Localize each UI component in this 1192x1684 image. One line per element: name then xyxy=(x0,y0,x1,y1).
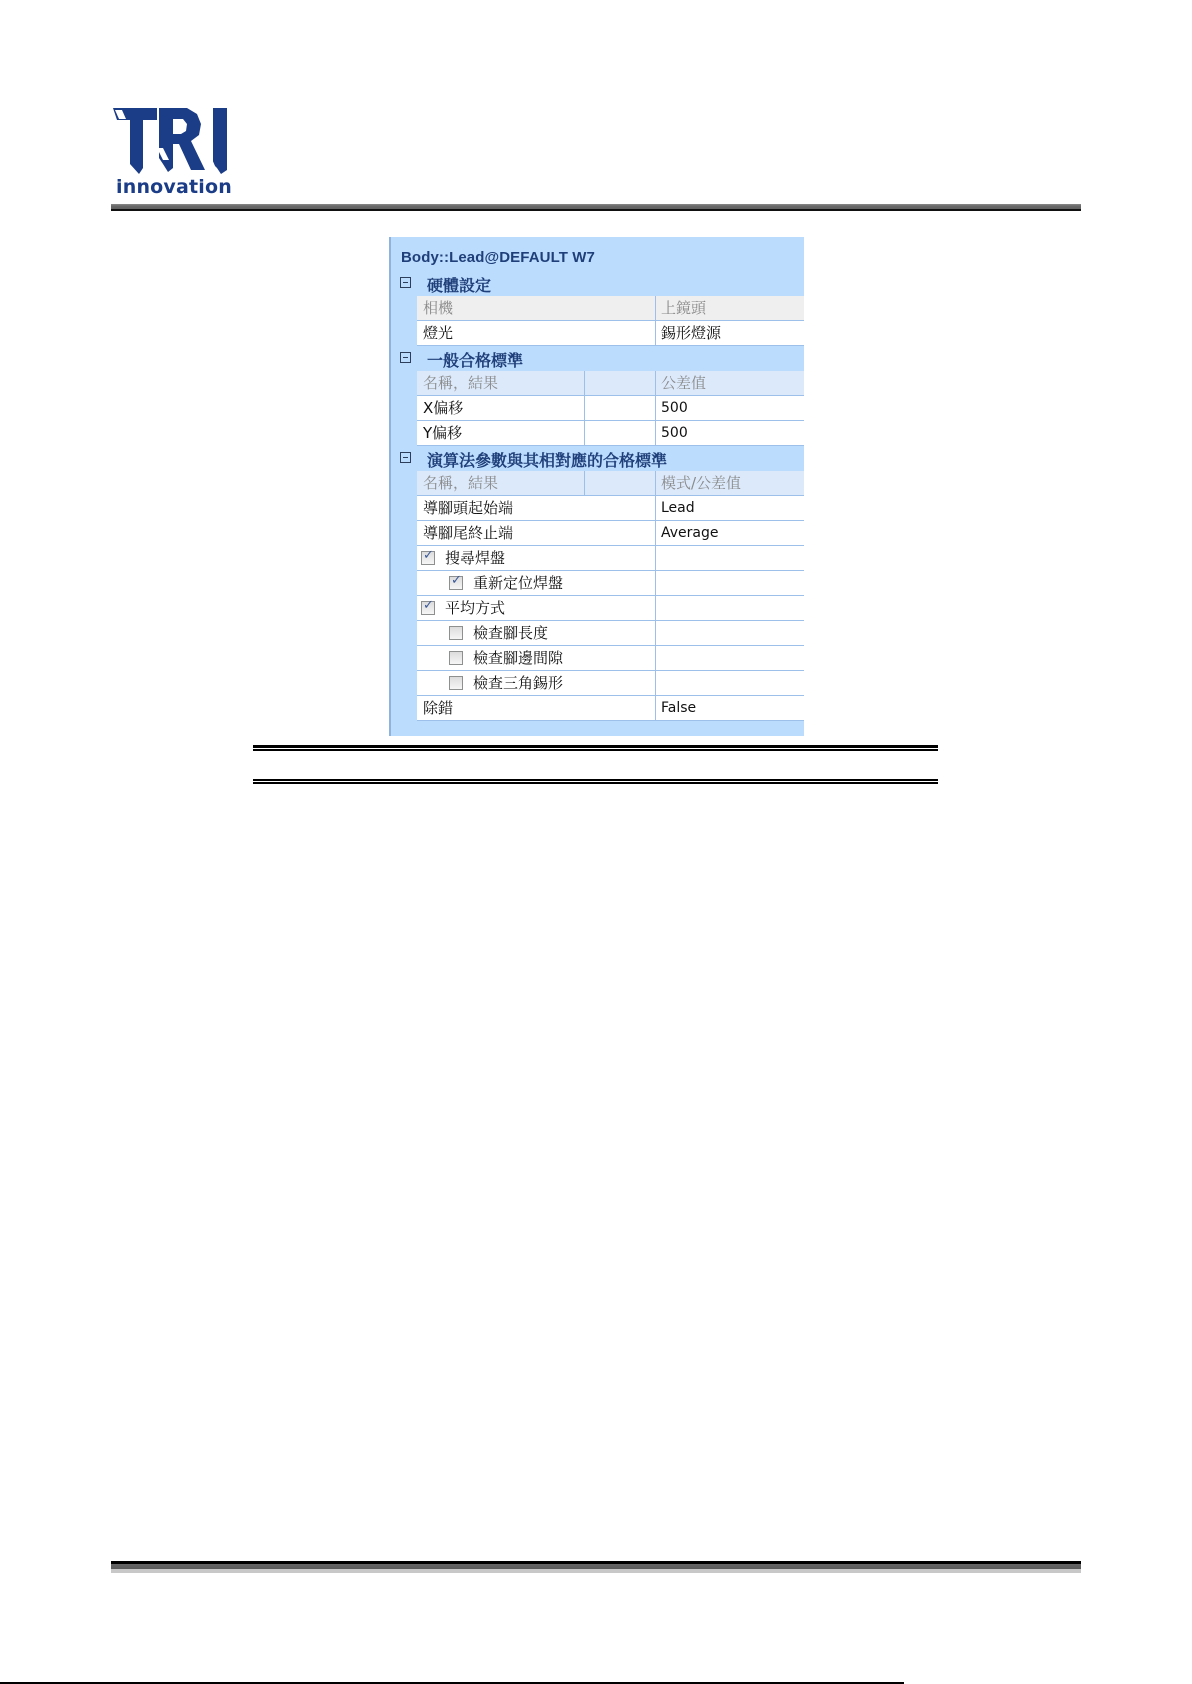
section-algorithm-parameters[interactable]: 演算法參數與其相對應的合格標準 xyxy=(391,446,804,470)
collapse-icon[interactable] xyxy=(400,352,411,363)
logo-tagline: innovation xyxy=(113,176,235,198)
column-divider xyxy=(584,371,585,395)
header-name: 名稱，結果 xyxy=(417,371,498,395)
panel-title: Body::Lead@DEFAULT W7 xyxy=(401,249,595,266)
table-header-row: 名稱，結果 公差值 xyxy=(417,371,804,396)
table-row[interactable]: 重新定位焊盤 xyxy=(417,571,804,596)
header-value: 公差值 xyxy=(655,371,706,395)
checkbox-unchecked-icon[interactable] xyxy=(449,626,463,640)
checkbox-checked-icon[interactable] xyxy=(421,551,435,565)
section-label: 硬體設定 xyxy=(427,273,491,296)
collapse-icon[interactable] xyxy=(400,277,411,288)
table-row[interactable]: 搜尋焊盤 xyxy=(417,546,804,571)
tri-logo-mark-icon xyxy=(113,108,235,174)
row-name: 導腳頭起始端 xyxy=(417,496,513,520)
checkbox-checked-icon[interactable] xyxy=(421,601,435,615)
table-row[interactable]: 導腳尾終止端 Average xyxy=(417,521,804,546)
table-header-row: 名稱，結果 模式/公差值 xyxy=(417,471,804,496)
double-rule-top xyxy=(253,745,938,751)
column-divider xyxy=(655,621,656,645)
table-row[interactable]: Y偏移 500 xyxy=(417,421,804,446)
checkbox-unchecked-icon[interactable] xyxy=(449,651,463,665)
column-divider xyxy=(655,571,656,595)
header-value: 模式/公差值 xyxy=(655,471,741,495)
table-row[interactable]: 檢查三角錫形 xyxy=(417,671,804,696)
row-value[interactable]: 錫形燈源 xyxy=(655,321,721,345)
double-rule-bottom xyxy=(253,779,938,784)
section-label: 一般合格標準 xyxy=(427,348,523,371)
collapse-icon[interactable] xyxy=(400,452,411,463)
footer-rule xyxy=(111,1561,1081,1573)
header-name: 名稱，結果 xyxy=(417,471,498,495)
column-divider xyxy=(584,396,585,420)
row-value[interactable]: Average xyxy=(655,521,719,545)
header-value: 上鏡頭 xyxy=(655,296,706,320)
row-name: X偏移 xyxy=(417,396,463,420)
row-name: Y偏移 xyxy=(417,421,462,445)
property-panel: Body::Lead@DEFAULT W7 硬體設定 相機 上鏡頭 燈光 錫形燈… xyxy=(389,237,804,736)
row-value[interactable]: 500 xyxy=(655,421,688,445)
row-name: 重新定位焊盤 xyxy=(467,571,563,595)
column-divider xyxy=(584,421,585,445)
table-row[interactable]: X偏移 500 xyxy=(417,396,804,421)
table-header-row: 相機 上鏡頭 xyxy=(417,296,804,321)
checkbox-checked-icon[interactable] xyxy=(449,576,463,590)
row-name: 檢查腳長度 xyxy=(467,621,548,645)
row-value[interactable]: Lead xyxy=(655,496,695,520)
section-hardware-settings[interactable]: 硬體設定 xyxy=(391,271,804,295)
table-row[interactable]: 平均方式 xyxy=(417,596,804,621)
row-name: 燈光 xyxy=(417,321,453,345)
section-general-criteria[interactable]: 一般合格標準 xyxy=(391,346,804,370)
tri-innovation-logo: innovation xyxy=(113,108,235,200)
checkbox-unchecked-icon[interactable] xyxy=(449,676,463,690)
column-divider xyxy=(655,671,656,695)
row-name: 檢查腳邊間隙 xyxy=(467,646,563,670)
row-name: 檢查三角錫形 xyxy=(467,671,563,695)
row-name: 導腳尾終止端 xyxy=(417,521,513,545)
section-label: 演算法參數與其相對應的合格標準 xyxy=(427,448,667,471)
row-value[interactable]: 500 xyxy=(655,396,688,420)
column-divider xyxy=(655,596,656,620)
row-name: 除錯 xyxy=(417,696,453,720)
header-name: 相機 xyxy=(417,296,453,320)
row-value[interactable]: False xyxy=(655,696,696,720)
row-name: 平均方式 xyxy=(439,596,505,620)
column-divider xyxy=(584,471,585,495)
table-row[interactable]: 檢查腳邊間隙 xyxy=(417,646,804,671)
column-divider xyxy=(655,546,656,570)
table-row[interactable]: 檢查腳長度 xyxy=(417,621,804,646)
row-name: 搜尋焊盤 xyxy=(439,546,505,570)
table-row[interactable]: 導腳頭起始端 Lead xyxy=(417,496,804,521)
header-rule xyxy=(111,204,1081,211)
column-divider xyxy=(655,646,656,670)
table-row[interactable]: 燈光 錫形燈源 xyxy=(417,321,804,346)
table-row[interactable]: 除錯 False xyxy=(417,696,804,721)
